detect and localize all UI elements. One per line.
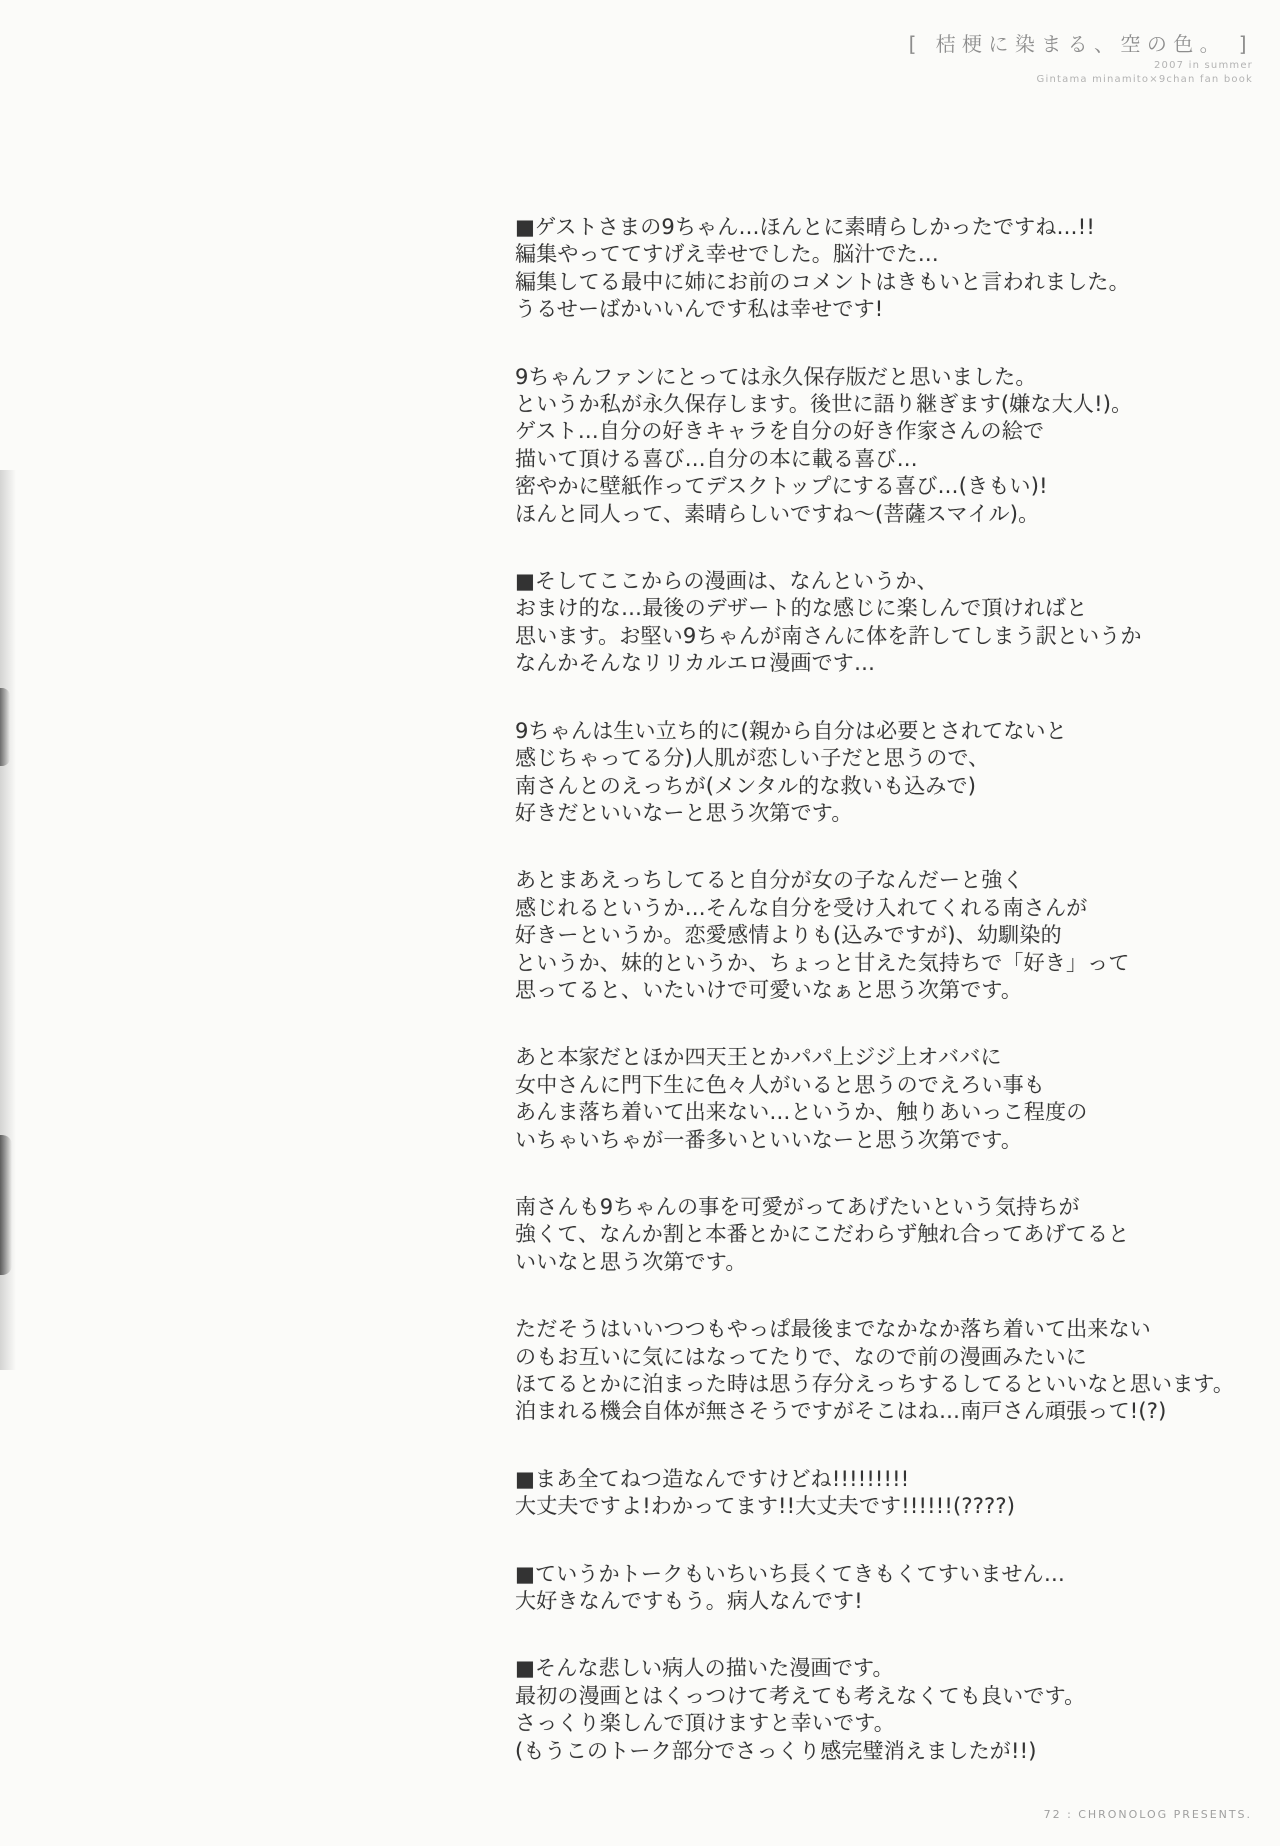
text-line: というか私が永久保存します。後世に語り継ぎます(嫌な大人!)。 [515, 391, 1260, 418]
paragraph-hotel: ただそうはいいつつもやっぱ最後までなかなか落ち着いて出来ない のもお互いに気には… [515, 1316, 1260, 1426]
text-line: あんま落ち着いて出来ない…というか、触りあいっこ程度の [515, 1099, 1260, 1126]
text-line: 最初の漫画とはくっつけて考えても考えなくても良いです。 [515, 1683, 1260, 1710]
text-line: 大丈夫ですよ!わかってます!!大丈夫です!!!!!!(????) [515, 1493, 1260, 1520]
text-line: ほてるとかに泊まった時は思う存分えっちするしてるといいなと思います。 [515, 1371, 1260, 1398]
text-line: おまけ的な…最後のデザート的な感じに楽しんで頂ければと [515, 595, 1260, 622]
paragraph-closing: ■そんな悲しい病人の描いた漫画です。 最初の漫画とはくっつけて考えても考えなくて… [515, 1655, 1260, 1765]
text-line: ほんと同人って、素晴らしいですね〜(菩薩スマイル)。 [515, 501, 1260, 528]
header-subtitle-season: 2007 in summer [909, 60, 1253, 71]
paragraph-apology: ■ていうかトークもいちいち長くてきもくてすいません… 大好きなんですもう。病人な… [515, 1561, 1260, 1616]
text-line: というか、妹的というか、ちょっと甘えた気持ちで「好き」って [515, 950, 1260, 977]
text-line: 9ちゃんは生い立ち的に(親から自分は必要とされてないと [515, 718, 1260, 745]
paragraph-manga-intro: ■そしてここからの漫画は、なんというか、 おまけ的な…最後のデザート的な感じに楽… [515, 568, 1260, 678]
scan-artifact-upper [0, 688, 10, 766]
header-subtitle-credit: Gintama minamito×9chan fan book [909, 74, 1253, 85]
text-line: 感じれるというか…そんな自分を受け入れてくれる南さんが [515, 895, 1260, 922]
text-line: ただそうはいいつつもやっぱ最後までなかなか落ち着いて出来ない [515, 1316, 1260, 1343]
text-line: ■そしてここからの漫画は、なんというか、 [515, 568, 1260, 595]
page-header: [ 桔梗に染まる、空の色。 ] 2007 in summer Gintama m… [909, 28, 1253, 85]
text-line: 大好きなんですもう。病人なんです! [515, 1588, 1260, 1615]
paragraph-preservation: 9ちゃんファンにとっては永久保存版だと思いました。 というか私が永久保存します。… [515, 364, 1260, 528]
paragraph-feelings: あとまあえっちしてると自分が女の子なんだーと強く 感じれるというか…そんな自分を… [515, 867, 1260, 1004]
text-line: 泊まれる機会自体が無さそうですがそこはね…南戸さん頑張って!(?) [515, 1398, 1260, 1425]
paragraph-minami-side: 南さんも9ちゃんの事を可愛がってあげたいという気持ちが 強くて、なんか割と本番と… [515, 1194, 1260, 1276]
text-line: ゲスト…自分の好きキャラを自分の好き作家さんの絵で [515, 418, 1260, 445]
text-line: (もうこのトーク部分でさっくり感完璧消えましたが!!) [515, 1738, 1260, 1765]
text-line: 描いて頂ける喜び…自分の本に載る喜び… [515, 446, 1260, 473]
text-line: 南さんも9ちゃんの事を可愛がってあげたいという気持ちが [515, 1194, 1260, 1221]
text-line: なんかそんなリリカルエロ漫画です… [515, 650, 1260, 677]
text-line: 9ちゃんファンにとっては永久保存版だと思いました。 [515, 364, 1260, 391]
text-line: 編集やっててすげえ幸せでした。脳汁でた… [515, 241, 1260, 268]
paragraph-household: あと本家だとほか四天王とかパパ上ジジ上オババに 女中さんに門下生に色々人がいると… [515, 1044, 1260, 1154]
text-line: さっくり楽しんで頂けますと幸いです。 [515, 1710, 1260, 1737]
text-line: ■ていうかトークもいちいち長くてきもくてすいません… [515, 1561, 1260, 1588]
page-number-credit: 72 : CHRONOLOG PRESENTS. [1044, 1808, 1252, 1821]
text-line: ■まあ全てねつ造なんですけどね!!!!!!!!! [515, 1466, 1260, 1493]
text-line: いちゃいちゃが一番多いといいなーと思う次第です。 [515, 1127, 1260, 1154]
text-line: いいなと思う次第です。 [515, 1249, 1260, 1276]
afterword-text: ■ゲストさまの9ちゃん…ほんとに素晴らしかったですね…!! 編集やっててすげえ幸… [515, 214, 1260, 1805]
paragraph-guest-thanks: ■ゲストさまの9ちゃん…ほんとに素晴らしかったですね…!! 編集やっててすげえ幸… [515, 214, 1260, 324]
text-line: ■そんな悲しい病人の描いた漫画です。 [515, 1655, 1260, 1682]
text-line: あと本家だとほか四天王とかパパ上ジジ上オババに [515, 1044, 1260, 1071]
text-line: 編集してる最中に姉にお前のコメントはきもいと言われました。 [515, 269, 1260, 296]
text-line: 好きだといいなーと思う次第です。 [515, 800, 1260, 827]
page-footer: 72 : CHRONOLOG PRESENTS. [1044, 1808, 1252, 1821]
text-line: 感じちゃってる分)人肌が恋しい子だと思うので、 [515, 745, 1260, 772]
text-line: 密やかに壁紙作ってデスクトップにする喜び…(きもい)! [515, 473, 1260, 500]
text-line: 強くて、なんか割と本番とかにこだわらず触れ合ってあげてると [515, 1221, 1260, 1248]
scan-artifact-lower [0, 1135, 12, 1275]
text-line: 思ってると、いたいけで可愛いなぁと思う次第です。 [515, 977, 1260, 1004]
text-line: あとまあえっちしてると自分が女の子なんだーと強く [515, 867, 1260, 894]
text-line: ■ゲストさまの9ちゃん…ほんとに素晴らしかったですね…!! [515, 214, 1260, 241]
scanned-doujinshi-page: [ 桔梗に染まる、空の色。 ] 2007 in summer Gintama m… [0, 0, 1280, 1846]
text-line: うるせーばかいいんです私は幸せです! [515, 296, 1260, 323]
text-line: 好きーというか。恋愛感情よりも(込みですが)、幼馴染的 [515, 922, 1260, 949]
text-line: 思います。お堅い9ちゃんが南さんに体を許してしまう訳というか [515, 623, 1260, 650]
text-line: 南さんとのえっちが(メンタル的な救いも込みで) [515, 773, 1260, 800]
text-line: のもお互いに気にはなってたりで、なので前の漫画みたいに [515, 1344, 1260, 1371]
paragraph-character-background: 9ちゃんは生い立ち的に(親から自分は必要とされてないと 感じちゃってる分)人肌が… [515, 718, 1260, 828]
text-line: 女中さんに門下生に色々人がいると思うのでえろい事も [515, 1072, 1260, 1099]
book-title: [ 桔梗に染まる、空の色。 ] [909, 28, 1253, 57]
paragraph-fabrication: ■まあ全てねつ造なんですけどね!!!!!!!!! 大丈夫ですよ!わかってます!!… [515, 1466, 1260, 1521]
